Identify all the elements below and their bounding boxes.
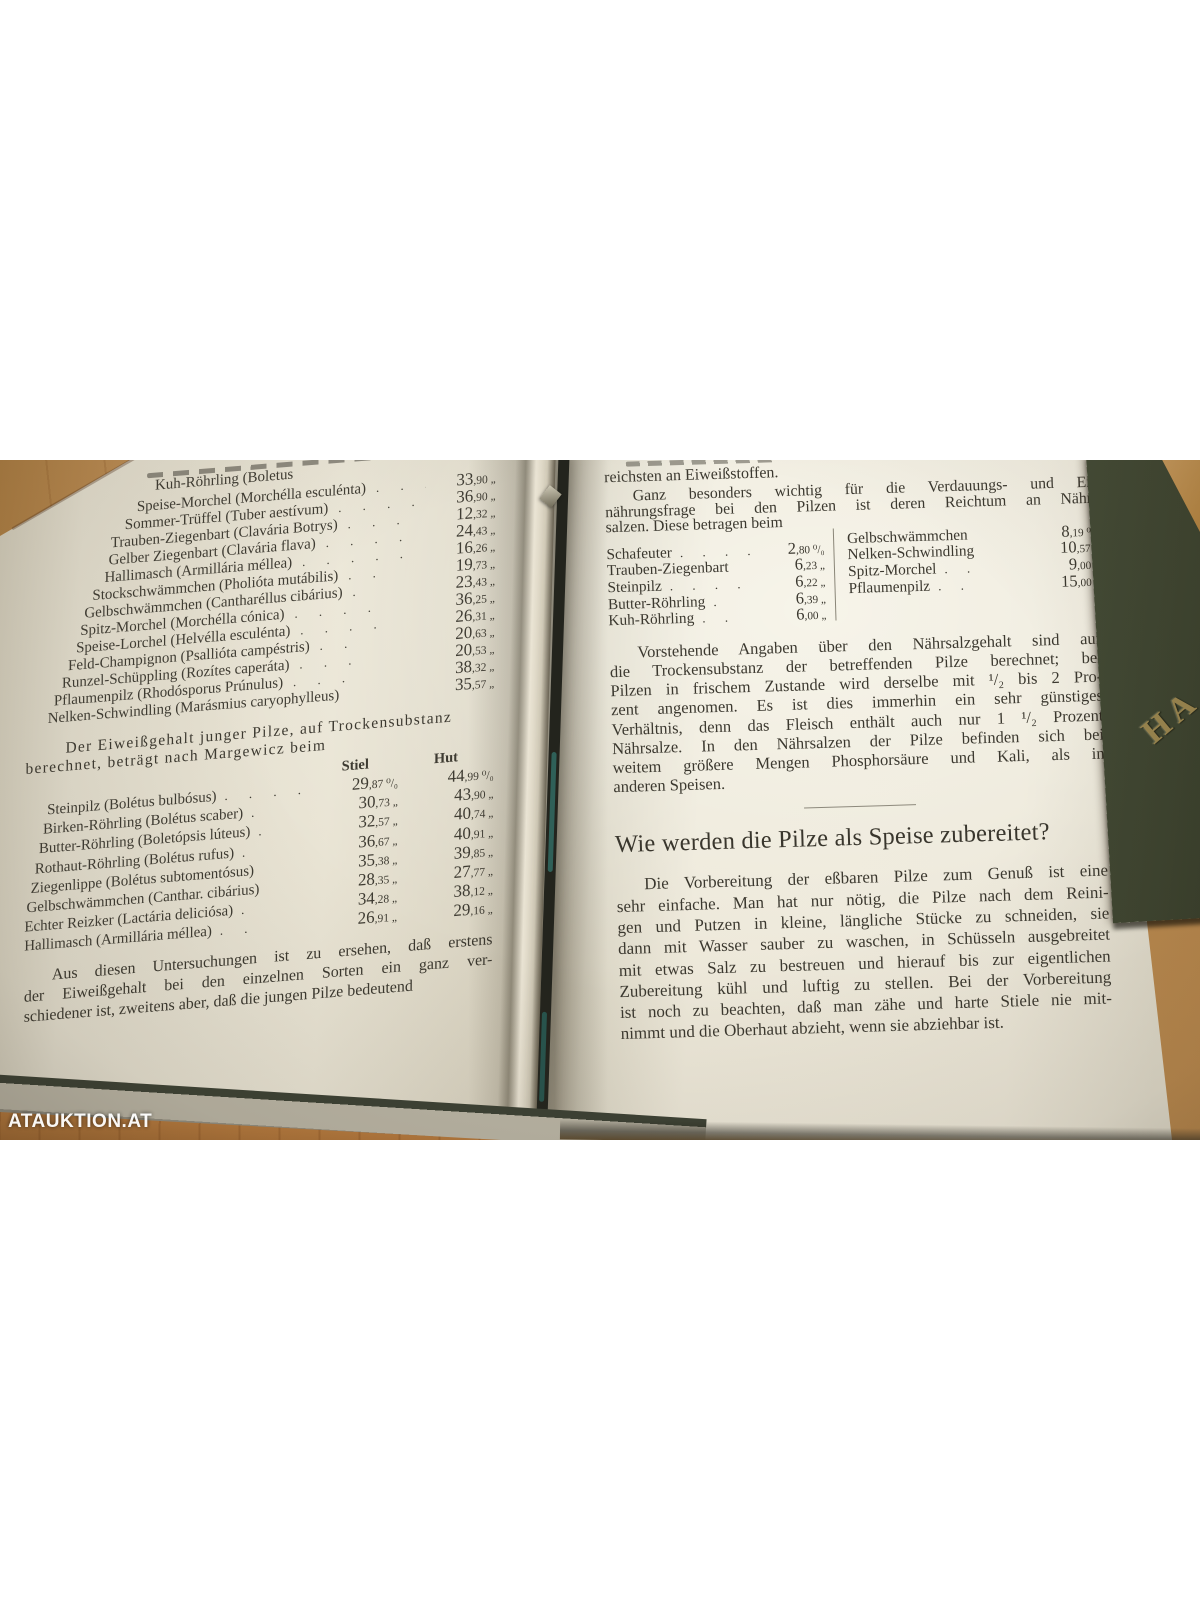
left-page: Kuh-Röhrling (Boletus Speise-Morchel (Mo… <box>24 460 496 1029</box>
percent-value: 35,57 „ <box>424 672 494 698</box>
dot-leader: . . <box>930 575 1042 594</box>
dot-leader: . <box>705 592 768 610</box>
protein-content-list: Kuh-Röhrling (Boletus Speise-Morchel (Mo… <box>26 460 496 727</box>
section-divider <box>804 805 916 809</box>
mushroom-name: Pflaumenpilz <box>848 577 930 597</box>
dot-leader: . . <box>694 609 769 627</box>
section-heading: Wie werden die Pilze als Speise zubereit… <box>615 817 1108 860</box>
salt-content-table: Schafeuter. . . .2,80 ⁰/₀ Trauben-Ziegen… <box>606 529 1100 627</box>
dot-leader <box>259 889 311 893</box>
watermark: ATAUKTION.AT <box>8 1111 152 1133</box>
nahrsalz-paragraph: Vorstehende Angaben über den Nährsalzgeh… <box>609 628 1105 796</box>
salt-column-left: Schafeuter. . . .2,80 ⁰/₀ Trauben-Ziegen… <box>606 538 826 627</box>
percent-value: 15,00 „ <box>1041 570 1100 592</box>
stitching-thread <box>539 1012 547 1102</box>
right-page: reichsten an Eiweißstoffen. Ganz besonde… <box>604 460 1113 1045</box>
percent-value <box>426 462 496 468</box>
salt-column-right: Gelbschwämmchen8,19 ⁰/₀ Nelken-Schwindli… <box>833 520 1101 620</box>
dot-leader <box>339 693 424 700</box>
book-photo: Kuh-Röhrling (Boletus Speise-Morchel (Mo… <box>0 460 1200 1140</box>
percent-value: 6,00 „ <box>768 604 827 626</box>
mushroom-name: Kuh-Röhrling <box>608 610 694 631</box>
stitching-thread <box>548 752 557 872</box>
vorbereitung-paragraph: Die Vorbereitung der eßbaren Pilze zum G… <box>616 860 1113 1045</box>
